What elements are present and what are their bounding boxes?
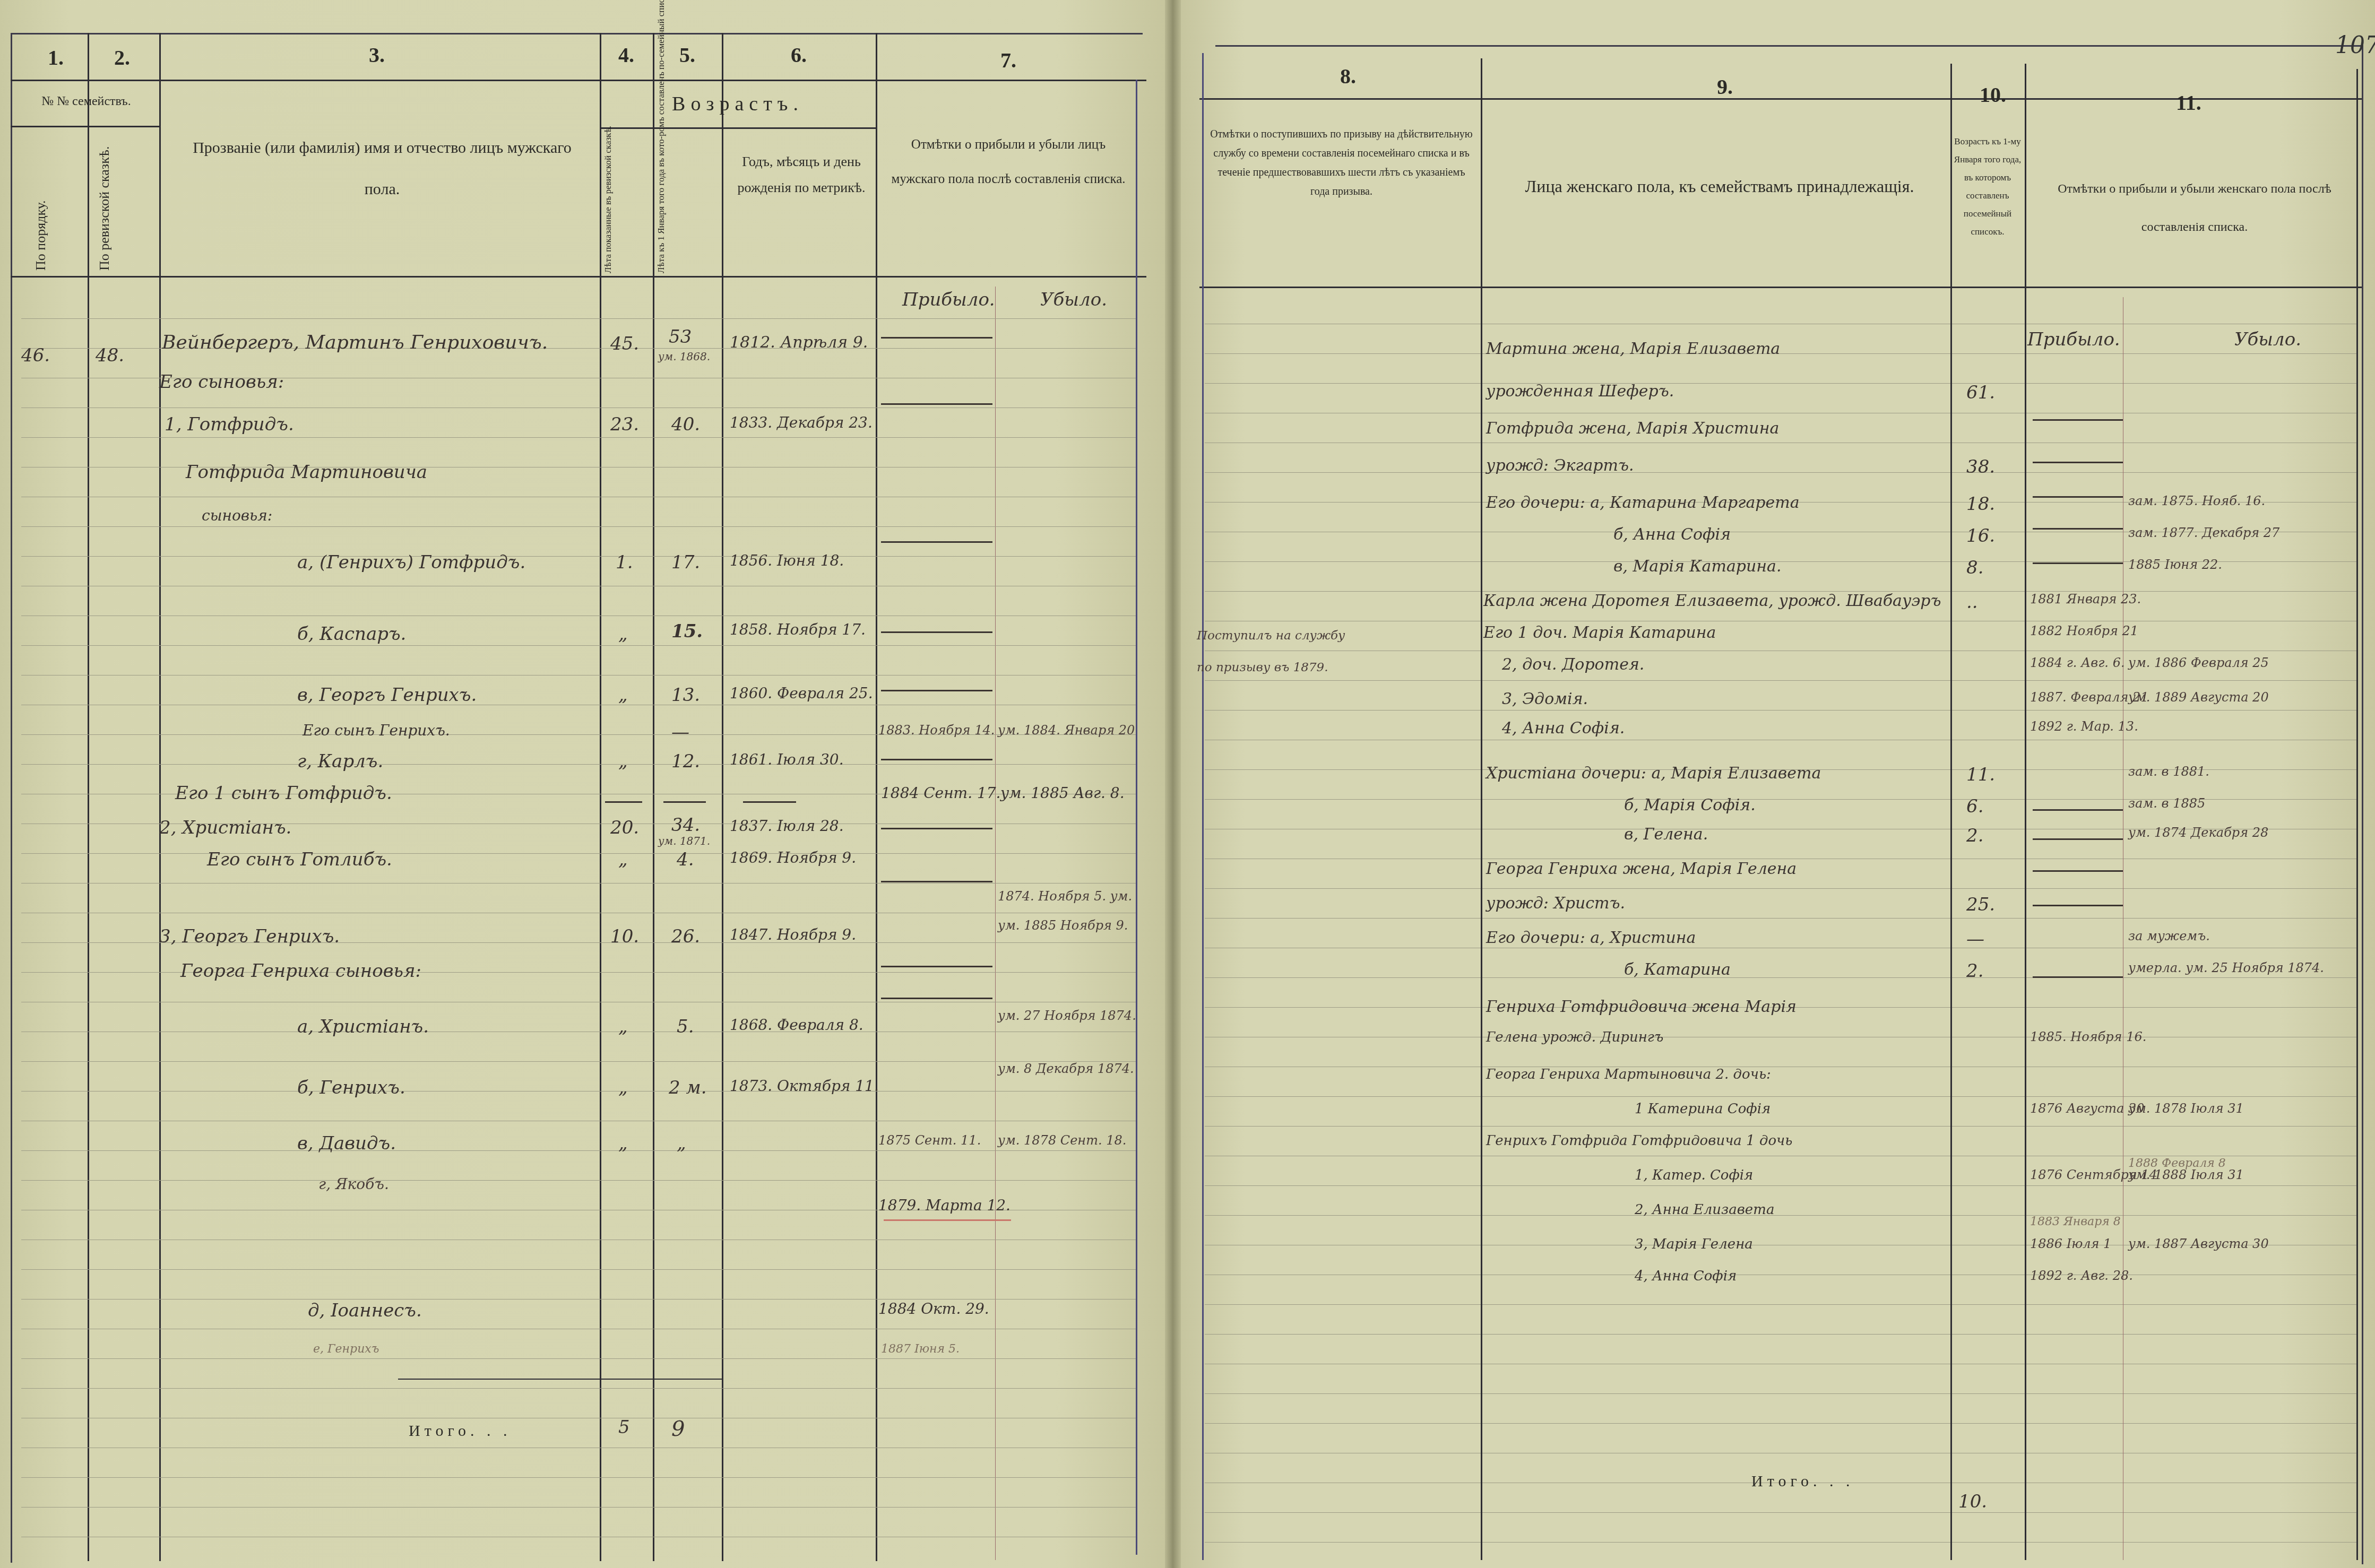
book-gutter	[1165, 0, 1181, 1568]
age-january: —	[1966, 929, 1984, 950]
person-name: 3, Георгъ Генрихъ.	[159, 926, 340, 947]
column-number: 11.	[2176, 90, 2197, 115]
left-header-rule	[11, 276, 1146, 278]
person-name: Его сыновья:	[159, 371, 284, 393]
col-divider	[1950, 64, 1952, 1560]
age-january: 2 м.	[669, 1077, 706, 1098]
subheader-departed: Убыло.	[1040, 289, 1107, 310]
person-name: б, Каспаръ.	[297, 623, 406, 645]
female-person-name: 3, Марія Гелена	[1635, 1236, 1753, 1252]
total-label: Итого. . .	[1751, 1472, 1854, 1491]
departure-note: зам. 1877. Декабря 27	[2128, 525, 2279, 540]
age-january: 25.	[1966, 894, 1995, 915]
age-revision: 20.	[610, 817, 639, 838]
departure-note: ум. 8 Декабря 1874.	[998, 1061, 1134, 1076]
person-name: Его 1 сынъ Готфридъ.	[175, 783, 392, 804]
arrival-note: 1875 Сент. 11.	[878, 1133, 981, 1148]
ruled-line	[21, 556, 1136, 557]
age-revision: 1.	[616, 552, 633, 573]
ruled-line	[21, 318, 1136, 319]
birth-date: 1856. Іюня 18.	[730, 552, 844, 569]
blank-entry-line	[881, 966, 992, 967]
header-age-group: Возрастъ.	[605, 85, 870, 123]
ruled-line	[21, 1150, 1136, 1151]
age-january: 6.	[1966, 796, 1983, 817]
col-divider	[2025, 64, 2026, 1560]
person-name: б, Генрихъ.	[297, 1077, 405, 1098]
person-name: в, Георгъ Генрихъ.	[297, 685, 477, 706]
age-january: 11.	[1966, 764, 1995, 785]
arrival-note-faint: 1883 Января 8	[2030, 1215, 2121, 1228]
arrival-note: 1884 Окт. 29.	[878, 1300, 989, 1318]
person-name: Вейнбергеръ, Мартинъ Генриховичъ.	[162, 332, 548, 353]
header-col6: Годъ, мѣсяцъ и день рожденія по метрикѣ.	[730, 149, 873, 201]
departure-note: ум. 1886 Февраля 25	[2128, 655, 2269, 670]
age-revision: „	[618, 849, 628, 870]
blank-entry-line	[881, 337, 992, 339]
col-divider	[876, 33, 877, 1561]
female-person-name: в, Геленa.	[1624, 825, 1708, 844]
departure-note: ум. 1885 Авг. 8.	[1000, 784, 1125, 802]
left-header-rule	[600, 127, 876, 129]
departure-note: ум. 1885 Ноября 9.	[998, 918, 1128, 933]
birth-date: 1858. Ноября 17.	[730, 621, 866, 638]
age-revision: 10.	[610, 926, 639, 947]
departure-note: ум. 1874 Декабря 28	[2128, 825, 2268, 840]
departure-note: ум. 1887 Августа 30	[2128, 1236, 2269, 1251]
col-divider	[600, 33, 601, 1561]
birth-date: 1833. Декабря 23.	[730, 414, 873, 431]
birth-date: 1860. Февраля 25.	[730, 685, 873, 702]
ruled-line	[21, 913, 1136, 913]
subheader-arrived: Прибыло.	[902, 289, 995, 310]
ruled-line	[21, 1032, 1136, 1032]
header-col11: Отмѣтки о прибыли и убыли женскаго пола …	[2038, 170, 2351, 246]
birth-date: 1847. Ноября 9.	[730, 926, 856, 943]
age-january: 40.	[671, 414, 700, 435]
column-number: 1.	[45, 45, 66, 70]
header-col3: Прозваніе (или фамилія) имя и отчество л…	[191, 127, 573, 210]
age-revision: „	[618, 1133, 628, 1154]
age-january: 34.	[671, 815, 700, 836]
female-person-name: Гелена урожд. Дирингъ	[1486, 1029, 1663, 1045]
ruled-line	[21, 497, 1136, 497]
arrival-note: 1892 г. Авг. 28.	[2030, 1268, 2133, 1283]
female-person-name: 2, доч. Доротея.	[1502, 655, 1644, 674]
col-divider	[2123, 297, 2123, 1560]
arrival-note: 1892 г. Мар. 13.	[2030, 719, 2138, 734]
person-name: д, Іоаннесъ.	[308, 1300, 422, 1321]
header-col10: Возрастъ къ 1-му Января того года, въ ко…	[1953, 133, 2022, 241]
person-name: Его сынъ Готлибъ.	[207, 849, 392, 870]
arrival-note: 1885. Ноября 16.	[2030, 1029, 2146, 1044]
departure-note: зам. в 1881.	[2128, 764, 2209, 779]
col-divider	[1136, 80, 1137, 1555]
ruled-line	[21, 1507, 1136, 1508]
arrival-note: 1882 Ноября 21	[2030, 623, 2138, 638]
departure-note: 1874. Ноября 5. ум.	[998, 889, 1132, 904]
age-january: 5.	[677, 1016, 694, 1037]
age-january: 2.	[1966, 825, 1983, 846]
total-col10: 10.	[1958, 1491, 1987, 1512]
female-person-name: Христіана дочери: а, Марія Елизавета	[1486, 764, 1821, 783]
person-name: г, Якобъ.	[318, 1175, 389, 1193]
departure-note: ум. 1884. Января 20	[998, 723, 1135, 738]
left-header-rule	[11, 80, 1146, 81]
female-person-name: б, Анна Софія	[1613, 525, 1731, 544]
ruled-line	[21, 853, 1136, 854]
total-label: Итого. . .	[409, 1422, 511, 1440]
female-person-name: Его дочери: а, Катарина Маргарета	[1486, 493, 1800, 512]
female-person-name: 2, Анна Елизавета	[1635, 1202, 1774, 1218]
column-number: 8.	[1337, 64, 1359, 89]
total-rule	[398, 1379, 722, 1380]
total-col5: 9	[671, 1417, 685, 1441]
age-january: 15.	[671, 621, 703, 642]
female-person-name: урожд: Христъ.	[1486, 894, 1625, 913]
birth-date: 1869. Ноября 9.	[730, 849, 856, 867]
person-name: е, Генрихъ	[313, 1342, 379, 1356]
female-person-name: Готфрида жена, Марія Христина	[1486, 419, 1779, 438]
female-person-name: 4, Анна Софія.	[1502, 719, 1625, 738]
ruled-line	[21, 1240, 1136, 1240]
birth-date: 1873. Октября 11.	[730, 1077, 879, 1095]
header-families: № № семействъ.	[13, 90, 159, 113]
birth-date: 1812. Апрѣля 9.	[730, 333, 868, 352]
column-number: 6.	[788, 42, 809, 67]
birth-date: 1861. Іюля 30.	[730, 751, 844, 768]
conscription-note: по призыву въ 1879.	[1197, 661, 1328, 674]
female-person-name: 1, Катер. Софія	[1635, 1167, 1753, 1183]
person-name: 2, Христіанъ.	[159, 817, 291, 838]
header-col5: Лѣта къ 1 Января того года въ кото-ромъ …	[655, 133, 719, 273]
age-january: 8.	[1966, 557, 1983, 578]
ruled-line	[21, 1269, 1136, 1270]
col-divider	[653, 33, 654, 1561]
ruled-line	[21, 437, 1136, 438]
col-divider	[722, 33, 723, 1561]
departure-note: зам. 1875. Нояб. 16.	[2128, 493, 2265, 508]
ruled-line	[21, 616, 1136, 616]
departure-note: 1885 Іюня 22.	[2128, 557, 2222, 572]
ruled-line	[21, 1299, 1136, 1300]
person-name: Его сынъ Генрихъ.	[303, 722, 450, 739]
ruled-line	[21, 1091, 1136, 1091]
total-col4: 5	[618, 1417, 630, 1438]
age-january: 18.	[1966, 493, 1995, 515]
person-name: 1, Готфридъ.	[165, 414, 294, 435]
age-revision: „	[618, 1077, 628, 1098]
ruled-line	[21, 1002, 1136, 1002]
family-order-number: 46.	[21, 345, 50, 366]
age-january: —	[671, 722, 689, 743]
header-col7: Отмѣтки о прибыли и убыли лицъ мужскаго …	[884, 127, 1133, 196]
age-january: „	[677, 1133, 686, 1154]
age-revision: 45.	[610, 333, 639, 354]
ruled-line	[21, 586, 1136, 586]
arrival-note: 1879. Марта 12.	[878, 1197, 1011, 1214]
header-col8: Отмѣтки о поступившихъ по призыву на дѣй…	[1207, 125, 1475, 201]
ruled-line	[21, 1329, 1136, 1329]
ruled-line	[21, 408, 1136, 408]
blank-entry-line	[881, 828, 992, 829]
person-name: Георга Генриха сыновья:	[180, 960, 421, 982]
age-january: 38.	[1966, 456, 1995, 478]
female-person-name: Карла жена Доротея Елизавета, урожд. Шва…	[1483, 592, 1941, 610]
col-divider	[1202, 53, 1204, 1560]
blank-entry-line	[881, 541, 992, 543]
conscription-note: Поступилъ на службу	[1197, 629, 1345, 643]
age-january: 4.	[677, 849, 694, 870]
blank-entry-line	[881, 690, 992, 691]
departure-note: ум. 1889 Августа 20	[2128, 690, 2269, 705]
age-january: 53	[669, 326, 692, 348]
subheader-arrived: Прибыло.	[2027, 329, 2120, 350]
person-name: в, Давидъ.	[297, 1133, 396, 1154]
birth-date: 1868. Февраля 8.	[730, 1016, 863, 1034]
underline-mark	[884, 1219, 1011, 1221]
female-person-name: 4, Анна Софія	[1635, 1268, 1737, 1284]
female-person-name: б, Марія Софія.	[1624, 796, 1756, 815]
column-number: 2.	[111, 45, 133, 70]
header-col2: По ревизской сказкѣ.	[96, 138, 149, 271]
age-note: ум. 1871.	[658, 835, 710, 847]
age-january: 61.	[1966, 382, 1995, 403]
dash-mark	[663, 801, 706, 803]
ruled-line	[21, 1537, 1136, 1537]
arrival-note: 1887 Іюня 5.	[881, 1342, 960, 1356]
header-col4: Лѣта показанные въ ревизской сказкѣ.	[602, 133, 650, 273]
female-person-name: Генриха Готфридовича жена Марія	[1486, 998, 1797, 1016]
dash-mark	[743, 801, 796, 803]
age-revision: „	[618, 685, 628, 706]
column-number: 3.	[366, 42, 387, 67]
blank-entry-line	[881, 403, 992, 405]
female-person-name: Георга Генриха жена, Марія Гелена	[1486, 860, 1797, 878]
page-number: 107	[2335, 32, 2375, 59]
header-col9: Лица женскаго пола, къ семействамъ прина…	[1502, 159, 1937, 213]
arrival-note: 1884 Сент. 17.	[881, 784, 1000, 802]
female-person-name: Мартина жена, Марія Елизавета	[1486, 340, 1780, 358]
ruled-line	[21, 1121, 1136, 1121]
col-divider	[2356, 69, 2358, 1560]
col-divider	[88, 33, 89, 1561]
person-name: Готфрида Мартиновича	[186, 462, 427, 483]
person-name: г, Карлъ.	[297, 751, 383, 772]
departure-note: умерла. ум. 25 Ноября 1874.	[2128, 960, 2324, 975]
ruled-line	[21, 705, 1136, 705]
ruled-line	[21, 1448, 1136, 1448]
departure-note: ум. 1878 Сент. 18.	[998, 1133, 1126, 1148]
departure-note: ум. 1878 Іюля 31	[2128, 1101, 2244, 1116]
age-january: 16.	[1966, 525, 1995, 547]
column-number: 10.	[1980, 82, 2001, 107]
ruled-line	[21, 883, 1136, 883]
column-number: 7.	[998, 48, 1019, 73]
col-divider	[159, 33, 161, 1561]
person-name: а, (Генрихъ) Готфридъ.	[297, 552, 525, 573]
ruled-line	[21, 1180, 1136, 1181]
age-january: 2.	[1966, 960, 1983, 982]
revision-number: 48.	[96, 345, 124, 366]
age-revision: 23.	[610, 414, 639, 435]
age-revision: „	[618, 1016, 628, 1037]
ruled-line	[21, 1061, 1136, 1062]
blank-entry-line	[881, 759, 992, 760]
arrival-note: 1881 Января 23.	[2030, 592, 2141, 607]
age-january: 26.	[671, 926, 700, 947]
age-note: ум. 1868.	[658, 350, 710, 363]
female-person-name: Георга Генриха Мартыновича 2. дочь:	[1486, 1067, 1771, 1082]
blank-entry-line	[881, 631, 992, 633]
ruled-line	[21, 675, 1136, 675]
col-divider	[1481, 58, 1482, 1560]
departure-note: зам. в 1885	[2128, 796, 2205, 811]
person-name: а, Христіанъ.	[297, 1016, 429, 1037]
age-january: 13.	[671, 685, 700, 706]
age-revision: „	[618, 751, 628, 772]
age-january: 12.	[671, 751, 700, 772]
arrival-note: 1883. Ноября 14.	[878, 723, 995, 738]
age-january: 17.	[671, 552, 700, 573]
ruled-line	[21, 1418, 1136, 1418]
female-person-name: в, Марія Катарина.	[1613, 557, 1781, 576]
blank-entry-line	[881, 881, 992, 882]
female-person-name: Генрихъ Готфрида Готфридовича 1 дочь	[1486, 1133, 1792, 1149]
departure-note: ум. 1888 Іюля 31	[2128, 1167, 2244, 1182]
female-person-name: Его дочери: а, Христина	[1486, 929, 1696, 947]
age-january: ..	[1966, 592, 1978, 613]
ruled-line	[21, 1388, 1136, 1389]
female-person-name: Его 1 доч. Марія Катарина	[1483, 623, 1716, 642]
female-person-name: 3, Эдомія.	[1502, 690, 1588, 708]
departure-note: ум. 27 Ноября 1874.	[998, 1008, 1136, 1023]
female-person-name: 1 Катерина Софія	[1635, 1101, 1771, 1117]
female-person-name: б, Катарина	[1624, 960, 1731, 979]
female-person-name: урожд: Экгартъ.	[1486, 456, 1634, 475]
left-header-rule	[11, 126, 159, 127]
female-person-name: урожденная Шеферъ.	[1486, 382, 1674, 401]
col-divider	[995, 287, 996, 1560]
blank-entry-line	[881, 998, 992, 999]
arrival-note: 1884 г. Авг. 6.	[2030, 655, 2125, 670]
subheader-departed: Убыло.	[2234, 329, 2301, 350]
birth-date: 1837. Іюля 28.	[730, 817, 844, 835]
person-name: сыновья:	[202, 507, 272, 524]
arrival-note: 1886 Іюля 1	[2030, 1236, 2111, 1251]
ruled-line	[21, 526, 1136, 527]
ruled-line	[21, 764, 1136, 765]
column-number: 9.	[1714, 74, 1735, 99]
header-col1: По порядку.	[32, 143, 50, 271]
right-header-rule	[1199, 287, 2362, 288]
column-number: 5.	[677, 42, 698, 67]
age-revision: „	[618, 623, 628, 645]
departure-note: за мужемъ.	[2128, 929, 2210, 943]
ruled-line	[21, 645, 1136, 646]
ruled-line	[21, 1477, 1136, 1478]
dash-mark	[605, 801, 642, 803]
column-number: 4.	[616, 42, 637, 67]
arrival-note: 1876 Августа 30	[2030, 1101, 2145, 1116]
ruled-line	[21, 1358, 1136, 1359]
